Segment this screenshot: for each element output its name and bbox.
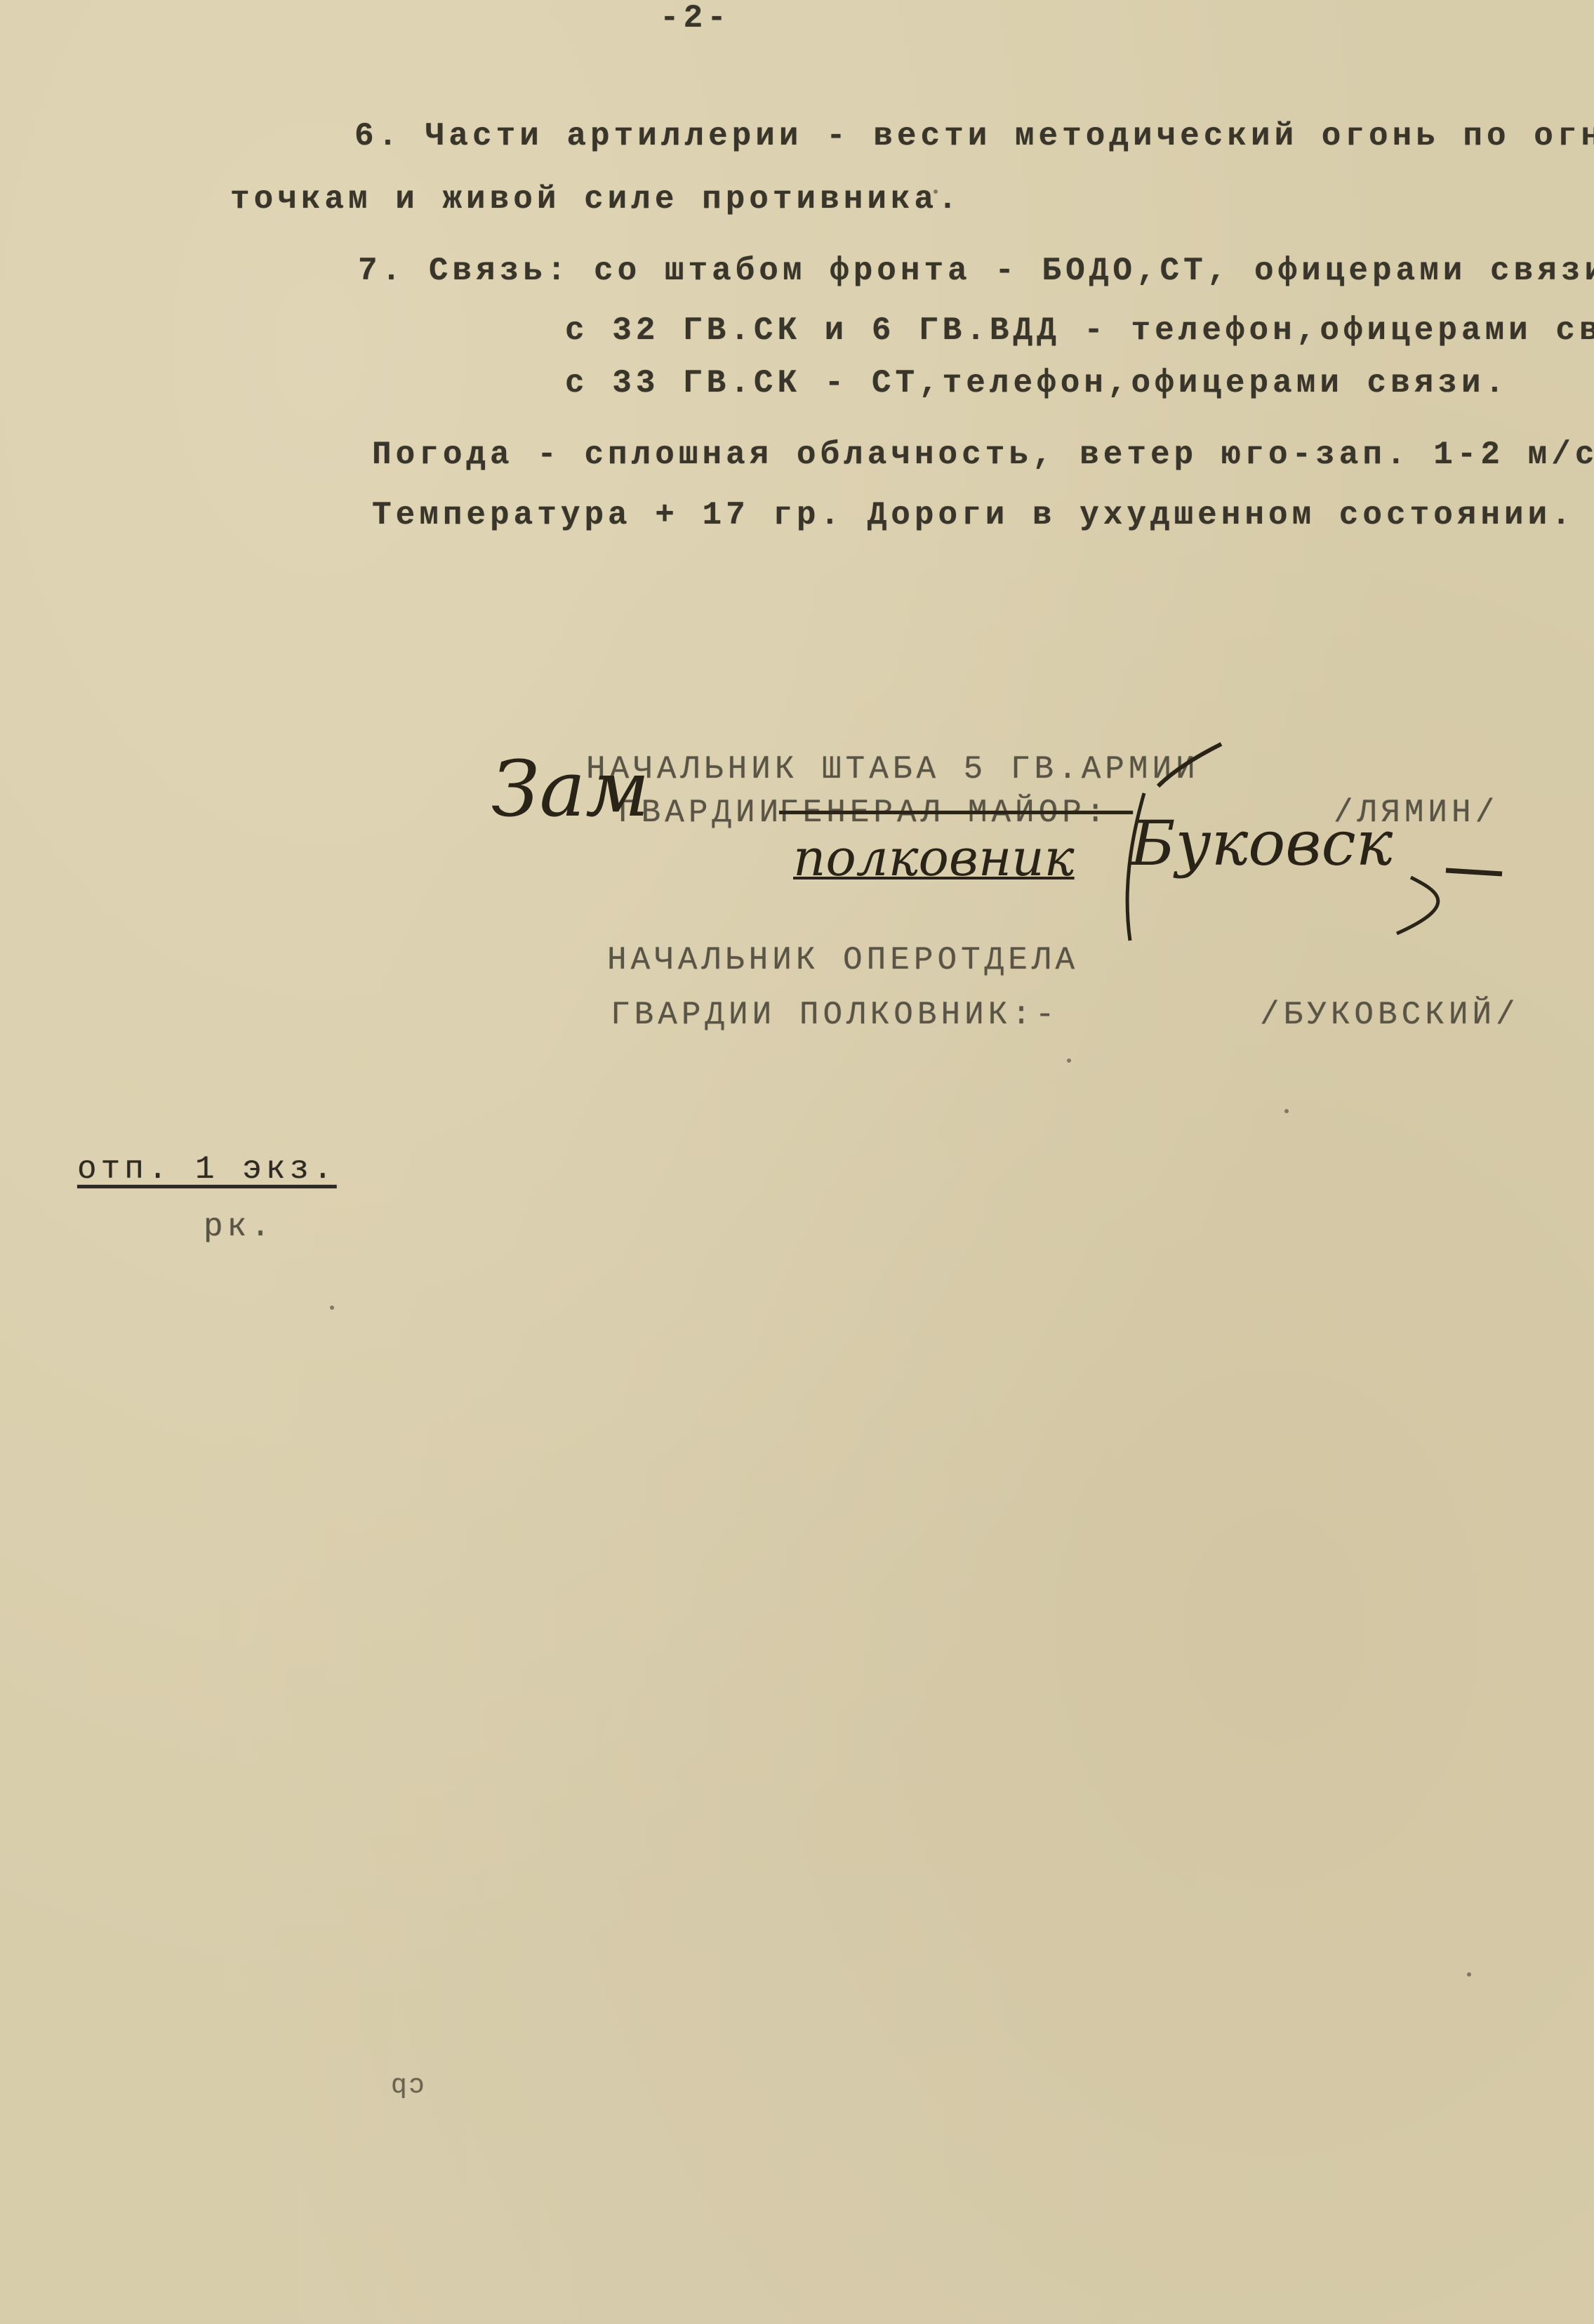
weather-line-1: Погода - сплошная облачность, ветер юго-… bbox=[372, 437, 1594, 473]
ops-chief-rank: ГВАРДИИ ПОЛКОВНИК:- bbox=[611, 997, 1059, 1033]
page-number: -2- bbox=[660, 0, 731, 36]
chief-of-staff-rank-struck: ГЕНЕРАЛ-МАЙОР:- bbox=[779, 795, 1133, 831]
copies-note: отп. 1 экз. bbox=[77, 1151, 337, 1188]
paper-speck bbox=[330, 1306, 334, 1310]
paragraph-7-line-3: с 33 ГВ.СК - СТ,телефон,офицерами связи. bbox=[565, 365, 1508, 401]
paper-speck bbox=[1284, 1109, 1289, 1113]
ops-chief-name: /БУКОВСКИЙ/ bbox=[1260, 997, 1520, 1033]
mirrored-mark: ср bbox=[390, 2071, 425, 2101]
handwritten-zam: Зам bbox=[491, 744, 649, 834]
paper-speck bbox=[1067, 1058, 1071, 1063]
signature-stroke-icon bbox=[1109, 730, 1530, 955]
paragraph-7-line-2: с 32 ГВ.СК и 6 ГВ.ВДД - телефон,офицерам… bbox=[565, 312, 1594, 349]
weather-line-2: Температура + 17 гр. Дороги в ухудшенном… bbox=[372, 497, 1575, 533]
paragraph-6-line-2: точкам и живой силе противника. bbox=[230, 181, 962, 218]
handwritten-rank-polkovnik: полковник bbox=[793, 828, 1075, 887]
chief-of-staff-title: НАЧАЛЬНИК ШТАБА 5 ГВ.АРМИИ bbox=[586, 751, 1200, 788]
paragraph-7-line-1: 7. Связь: со штабом фронта - БОДО,СТ, оф… bbox=[358, 253, 1594, 289]
ops-chief-title: НАЧАЛЬНИК ОПЕРОТДЕЛА bbox=[607, 942, 1079, 978]
paper-speck bbox=[934, 190, 938, 194]
paragraph-6-line-1: 6. Части артиллерии - вести методический… bbox=[354, 118, 1594, 154]
paper-speck bbox=[1467, 1972, 1471, 1977]
typist-initials: рк. bbox=[204, 1209, 274, 1245]
